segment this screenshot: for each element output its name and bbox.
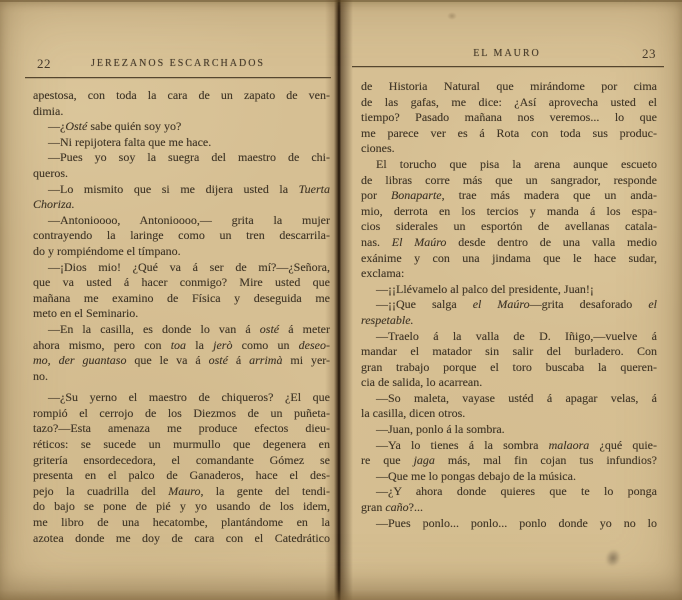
text-line: —Traelo á la valla de D. Iñigo,—vuelve á [361, 329, 657, 345]
right-page-header: 23 EL MAURO [352, 48, 662, 59]
text-line: mandar el matador sin salir del burlader… [361, 344, 657, 360]
text-line: mo, der guantaso que le va á osté á arri… [33, 353, 330, 369]
text-line: exclama: [361, 266, 657, 282]
text-line: la casilla, dicen otros. [361, 406, 657, 422]
text-line: —¡¡Llévamelo al palco del presidente, Ju… [361, 282, 657, 298]
text-line: tiempo? Pasado mañana nos veremos... lo … [361, 110, 657, 126]
text-line: —So maleta, vayase ustéd á apagar velas,… [361, 391, 657, 407]
text-line: re que jaga más, mal fin cojan tus infun… [361, 453, 657, 469]
text-line: cia de salida, lo acarrean. [361, 375, 657, 391]
right-header-rule [352, 66, 664, 67]
scan-bottom-edge [0, 590, 682, 600]
text-line: —¿Y ahora donde quieres que te lo ponga [361, 484, 657, 500]
text-line: —Lo mismito que si me dijera usted la Tu… [33, 182, 330, 198]
right-page-body: de Historia Natural que mirándome por ci… [361, 79, 657, 531]
text-line: —¡Dios mio! ¿Qué va á ser de mí?—¿Señora… [33, 260, 330, 276]
text-line: —En la casilla, es donde lo van á osté á… [33, 322, 330, 338]
text-line: respetable. [361, 313, 657, 329]
text-line: El torucho que pisa la arena aunque escu… [361, 157, 657, 173]
text-line: ciones. [361, 141, 657, 157]
text-line: —¿Su yerno el maestro de chiqueros? ¿El … [33, 390, 330, 406]
text-line: que va usted á hacer conmigo? Mire usted… [33, 275, 330, 291]
text-line: azotea donde me doy de cara con el Cated… [33, 531, 330, 547]
right-page-number: 23 [642, 46, 656, 62]
text-line: gran trabajo porque el toro buscaba la q… [361, 360, 657, 376]
text-line: de Historia Natural que mirándome por ci… [361, 79, 657, 95]
text-line: me libro de una hecatombe, plantándome e… [33, 515, 330, 531]
scan-top-edge [0, 0, 682, 2]
left-header-rule [25, 77, 331, 78]
left-page-number: 22 [37, 56, 51, 72]
text-line: —Que me lo pongas debajo de la música. [361, 469, 657, 485]
text-line: do bajo se pone de pié y yo usando de lo… [33, 499, 330, 515]
text-line: —Juan, ponlo á la sombra. [361, 422, 657, 438]
right-running-title: EL MAURO [352, 48, 662, 59]
left-running-title: JEREZANOS ESCARCHADOS [25, 58, 331, 69]
text-line: queros. [33, 166, 330, 182]
text-line: gran caño?... [361, 500, 657, 516]
text-line: mañana me examino de Física y deseguida … [33, 291, 330, 307]
text-line: no. [33, 369, 330, 385]
text-line: exánime y con una jindama que le hace su… [361, 251, 657, 267]
text-line: —Pues yo soy la suegra del maestro de ch… [33, 150, 330, 166]
text-line: —Ni repijotera falta que me hace. [33, 135, 330, 151]
text-line: do y rompiéndome el tímpano. [33, 244, 330, 260]
text-line: de libras corre más que un sangrador, re… [361, 173, 657, 189]
text-line: tazo?—Esta amenaza me produce efectos di… [33, 421, 330, 437]
text-line: réticos: se sucede un murmullo que degen… [33, 437, 330, 453]
text-line: —¡¡Que salga el Maúro—grita desaforado e… [361, 297, 657, 313]
left-page: 22 JEREZANOS ESCARCHADOS apestosa, con t… [0, 0, 333, 600]
text-line: de las gafas, me dice: ¿Así aprovecha us… [361, 95, 657, 111]
text-line: Choriza. [33, 197, 330, 213]
text-line: mio, derrota en los tercios y manda á lo… [361, 204, 657, 220]
text-line: gritería ensordecedora, el comandante Gó… [33, 453, 330, 469]
text-line: apestosa, con toda la cara de un zapato … [33, 88, 330, 104]
text-line: por Bonaparte, trae más madera que un an… [361, 188, 657, 204]
text-line: —Pues ponlo... ponlo... ponlo donde yo n… [361, 516, 657, 532]
text-line: pejo la cuadrilla del Mauro, la gente de… [33, 484, 330, 500]
paper-speck [447, 12, 457, 20]
text-line: cios siderales un esportón de avellanas … [361, 219, 657, 235]
right-page: 23 EL MAURO de Historia Natural que mirá… [345, 0, 682, 600]
book-gutter-shadow [325, 0, 353, 600]
text-line: —¿Osté sabe quién soy yo? [33, 119, 330, 135]
text-line: meto en el Seminario. [33, 306, 330, 322]
text-line: dimia. [33, 104, 330, 120]
left-page-body: apestosa, con toda la cara de un zapato … [33, 88, 330, 546]
text-line: —Ya lo tienes á la sombra malaora ¿qué q… [361, 438, 657, 454]
text-line: —Antonioooo, Antonioooo,— grita la mujer [33, 213, 330, 229]
text-line: ahora mismo, pero con toa la jerò como u… [33, 338, 330, 354]
text-line: presenta en el palco de Ganaderos, hace … [33, 468, 330, 484]
text-line: contrayendo la laringe como un tren desc… [33, 228, 330, 244]
left-page-header: 22 JEREZANOS ESCARCHADOS [25, 58, 331, 69]
text-line: nas. El Maúro desde dentro de una valla … [361, 235, 657, 251]
book-spread: 22 JEREZANOS ESCARCHADOS apestosa, con t… [0, 0, 682, 600]
text-line: me parece ver es á Rota con toda sus pro… [361, 126, 657, 142]
text-line: rompió el cerrojo de los Diezmos de un p… [33, 406, 330, 422]
